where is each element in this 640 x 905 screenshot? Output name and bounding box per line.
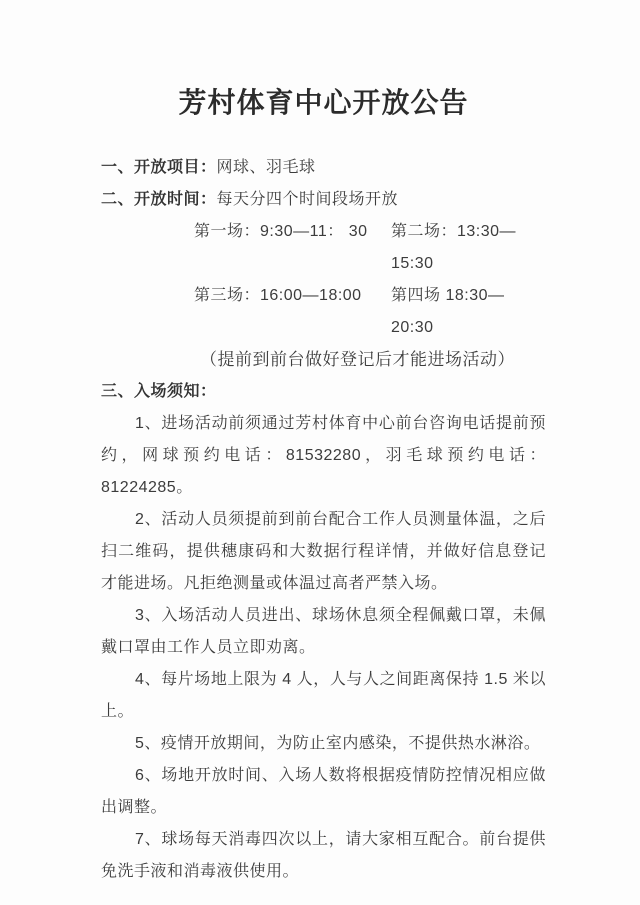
registration-note: （提前到前台做好登记后才能进场活动） <box>101 344 546 376</box>
section-open-items: 一、开放项目：网球、羽毛球 <box>101 152 546 184</box>
session-3-time: 第三场：16:00—18:00 <box>194 280 391 344</box>
schedule-row-1: 第一场：9:30—11： 30 第二场：13:30—15:30 <box>101 216 546 280</box>
section-open-hours-content: 每天分四个时间段场开放 <box>217 191 399 208</box>
notice-item-1: 1、进场活动前须通过芳村体育中心前台咨询电话提前预约，网球预约电话：815322… <box>101 408 546 504</box>
notice-item-4: 4、每片场地上限为 4 人，人与人之间距离保持 1.5 米以上。 <box>101 664 546 728</box>
schedule-table: 第一场：9:30—11： 30 第二场：13:30—15:30 第三场：16:0… <box>101 216 546 344</box>
section-open-items-label: 一、开放项目： <box>101 159 217 176</box>
document-title: 芳村体育中心开放公告 <box>101 84 546 124</box>
section-open-hours-label: 二、开放时间： <box>101 191 217 208</box>
notice-item-2: 2、活动人员须提前到前台配合工作人员测量体温，之后扫二维码，提供穗康码和大数据行… <box>101 504 546 600</box>
notice-item-3: 3、入场活动人员进出、球场休息须全程佩戴口罩，未佩戴口罩由工作人员立即劝离。 <box>101 600 546 664</box>
section-entry-rules-heading: 三、入场须知： <box>101 376 546 408</box>
session-2-time: 第二场：13:30—15:30 <box>391 216 546 280</box>
session-4-time: 第四场 18:30—20:30 <box>391 280 546 344</box>
document-page: 芳村体育中心开放公告 一、开放项目：网球、羽毛球 二、开放时间：每天分四个时间段… <box>0 0 640 905</box>
session-1-time: 第一场：9:30—11： 30 <box>194 216 391 280</box>
section-open-items-content: 网球、羽毛球 <box>217 159 316 176</box>
notice-item-6: 6、场地开放时间、入场人数将根据疫情防控情况相应做出调整。 <box>101 760 546 824</box>
section-open-hours: 二、开放时间：每天分四个时间段场开放 <box>101 184 546 216</box>
schedule-row-2: 第三场：16:00—18:00 第四场 18:30—20:30 <box>101 280 546 344</box>
notice-item-5: 5、疫情开放期间，为防止室内感染，不提供热水淋浴。 <box>101 728 546 760</box>
notice-item-7: 7、球场每天消毒四次以上，请大家相互配合。前台提供免洗手液和消毒液供使用。 <box>101 824 546 888</box>
